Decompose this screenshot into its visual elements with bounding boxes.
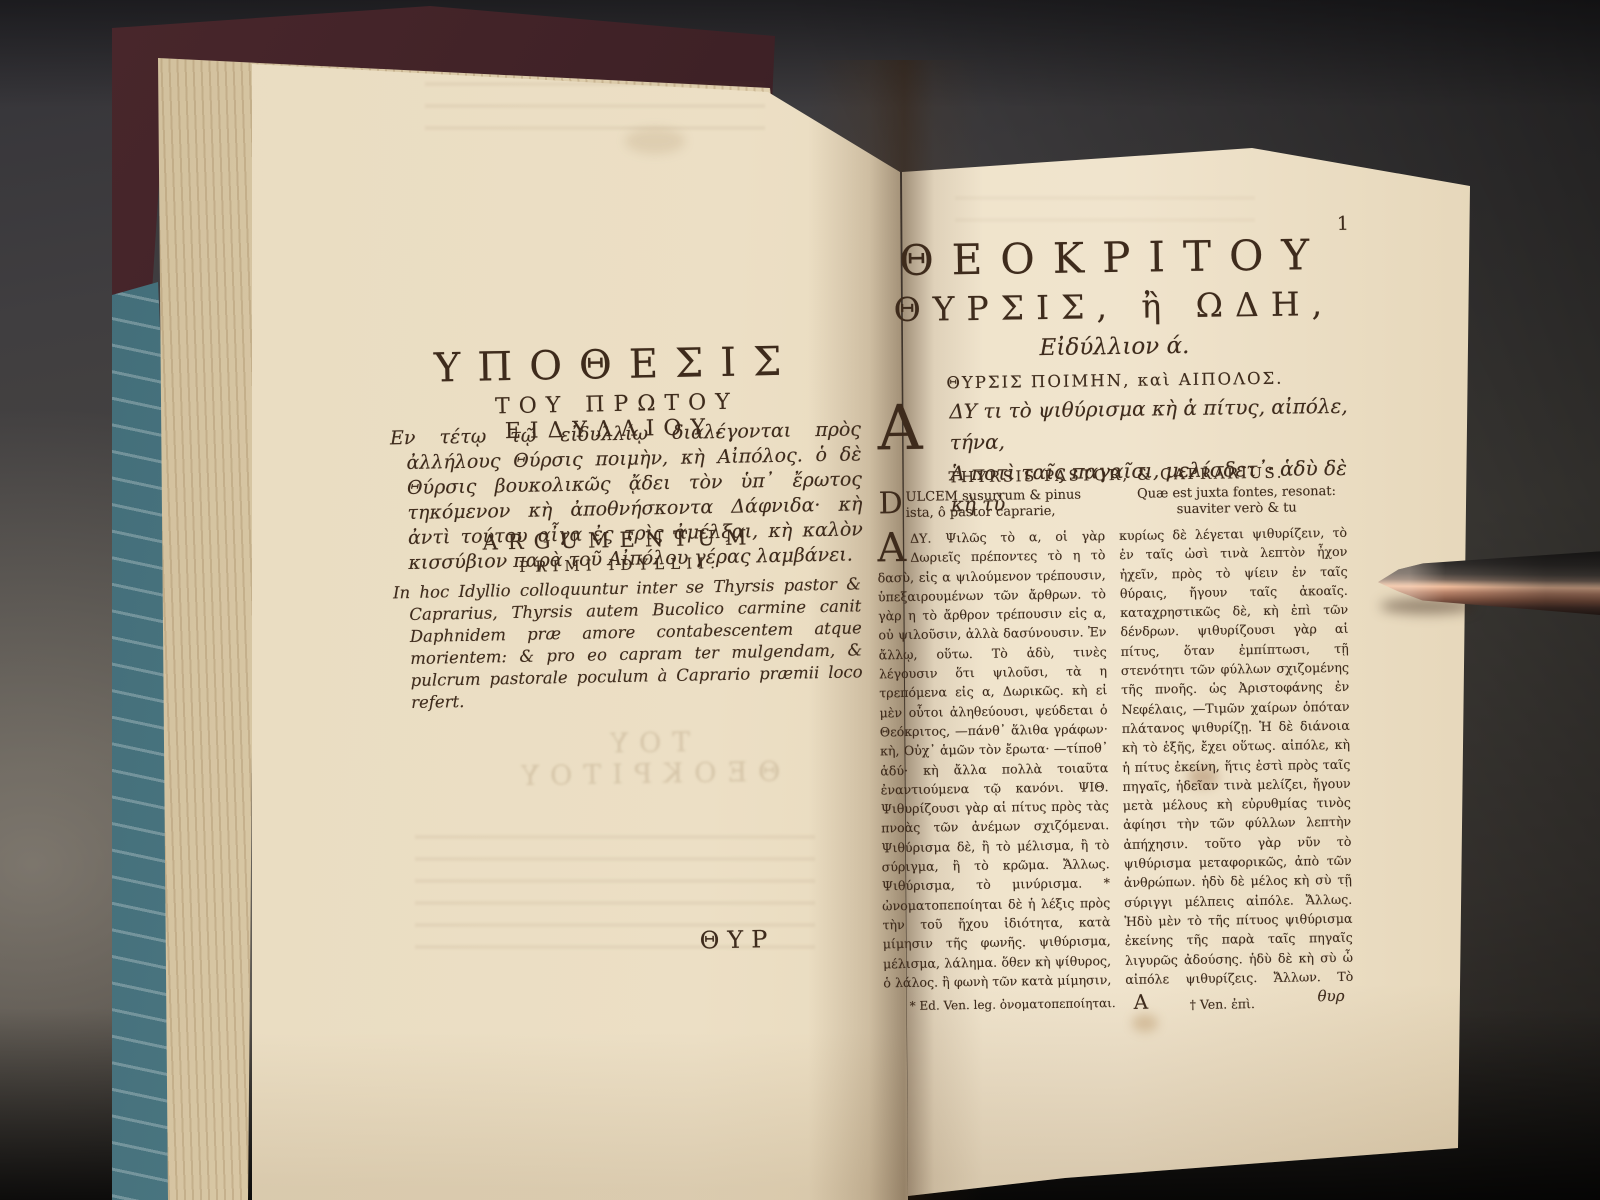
thyrsis-subtitle: ΘΥΡΣΙΣ, ἢ ΩΔΗ, bbox=[874, 284, 1354, 330]
idyll-label: Εἰδύλλιον ά. bbox=[874, 331, 1354, 364]
scholia-column-right: κυρίως δὲ λέγεται ψιθυρίζειν, τὸ ἐν ταῖς… bbox=[1119, 523, 1353, 992]
gathering-signature: A bbox=[1133, 990, 1148, 1014]
bleedthrough-ghost bbox=[425, 82, 765, 134]
paper-stain bbox=[625, 128, 685, 154]
left-page-catchword: ΘΥΡ bbox=[699, 925, 775, 954]
bleedthrough-ghost-title: ΤΟΥ ΘΕΟΚΡΙΤΟΥ bbox=[454, 725, 835, 794]
dramatis-personae: ΘΥΡΣΙΣ ΠΟΙΜΗΝ, καὶ ΑΙΠΟΛΟΣ. bbox=[875, 368, 1355, 394]
latin-drop-cap: D bbox=[878, 490, 902, 518]
verse-drop-cap: Α bbox=[877, 399, 923, 458]
latin-argument-paragraph: In hoc Idyllio colloquuntur inter se Thy… bbox=[393, 573, 863, 714]
footnote-dagger: † Ven. ἐπὶ. bbox=[1190, 996, 1255, 1012]
scholia-column-left: ΑΔΥ. Ψιλῶς τὸ α, οἱ γὰρ Δωριεῖς πρέποντε… bbox=[877, 526, 1111, 995]
latin-column-left: DULCEM susurrum & pinus ista, ô pastor c… bbox=[878, 487, 1106, 522]
verse-line-1: ΔΥ τι τὸ ψιθύρισμα κὴ ἁ πίτυς, αἰπόλε, τ… bbox=[949, 391, 1356, 459]
right-page-text: 1 ΘΕΟΚΡΙΤΟΥ ΘΥΡΣΙΣ, ἢ ΩΔΗ, Εἰδύλλιον ά. … bbox=[872, 137, 1365, 1064]
theocritus-title: ΘΕΟΚΡΙΤΟΥ bbox=[873, 230, 1354, 286]
footnote-asterisk: * Ed. Ven. leg. ὀνοματοπεποίηται. bbox=[910, 996, 1116, 1013]
greek-scholia-columns: ΑΔΥ. Ψιλῶς τὸ α, οἱ γὰρ Δωριεῖς πρέποντε… bbox=[877, 523, 1361, 996]
scholia-drop-cap: Α bbox=[877, 530, 906, 566]
latin-column-right: Quæ est juxta fontes, resonat: suaviter … bbox=[1118, 484, 1354, 519]
hypothesis-heading: ΥΠΟΘΕΣΙΣ bbox=[388, 338, 844, 393]
latin-translation-columns: DULCEM susurrum & pinus ista, ô pastor c… bbox=[878, 484, 1354, 523]
book-photo: ΤΟΥ ΘΕΟΚΡΙΤΟΥ ΥΠΟΘΕΣΙΣ ΤΟΥ ΠΡΩΤΟΥ ΕΙΔΥΛΛ… bbox=[0, 0, 1600, 1200]
right-page-catchword: θυρ bbox=[1317, 987, 1344, 1005]
